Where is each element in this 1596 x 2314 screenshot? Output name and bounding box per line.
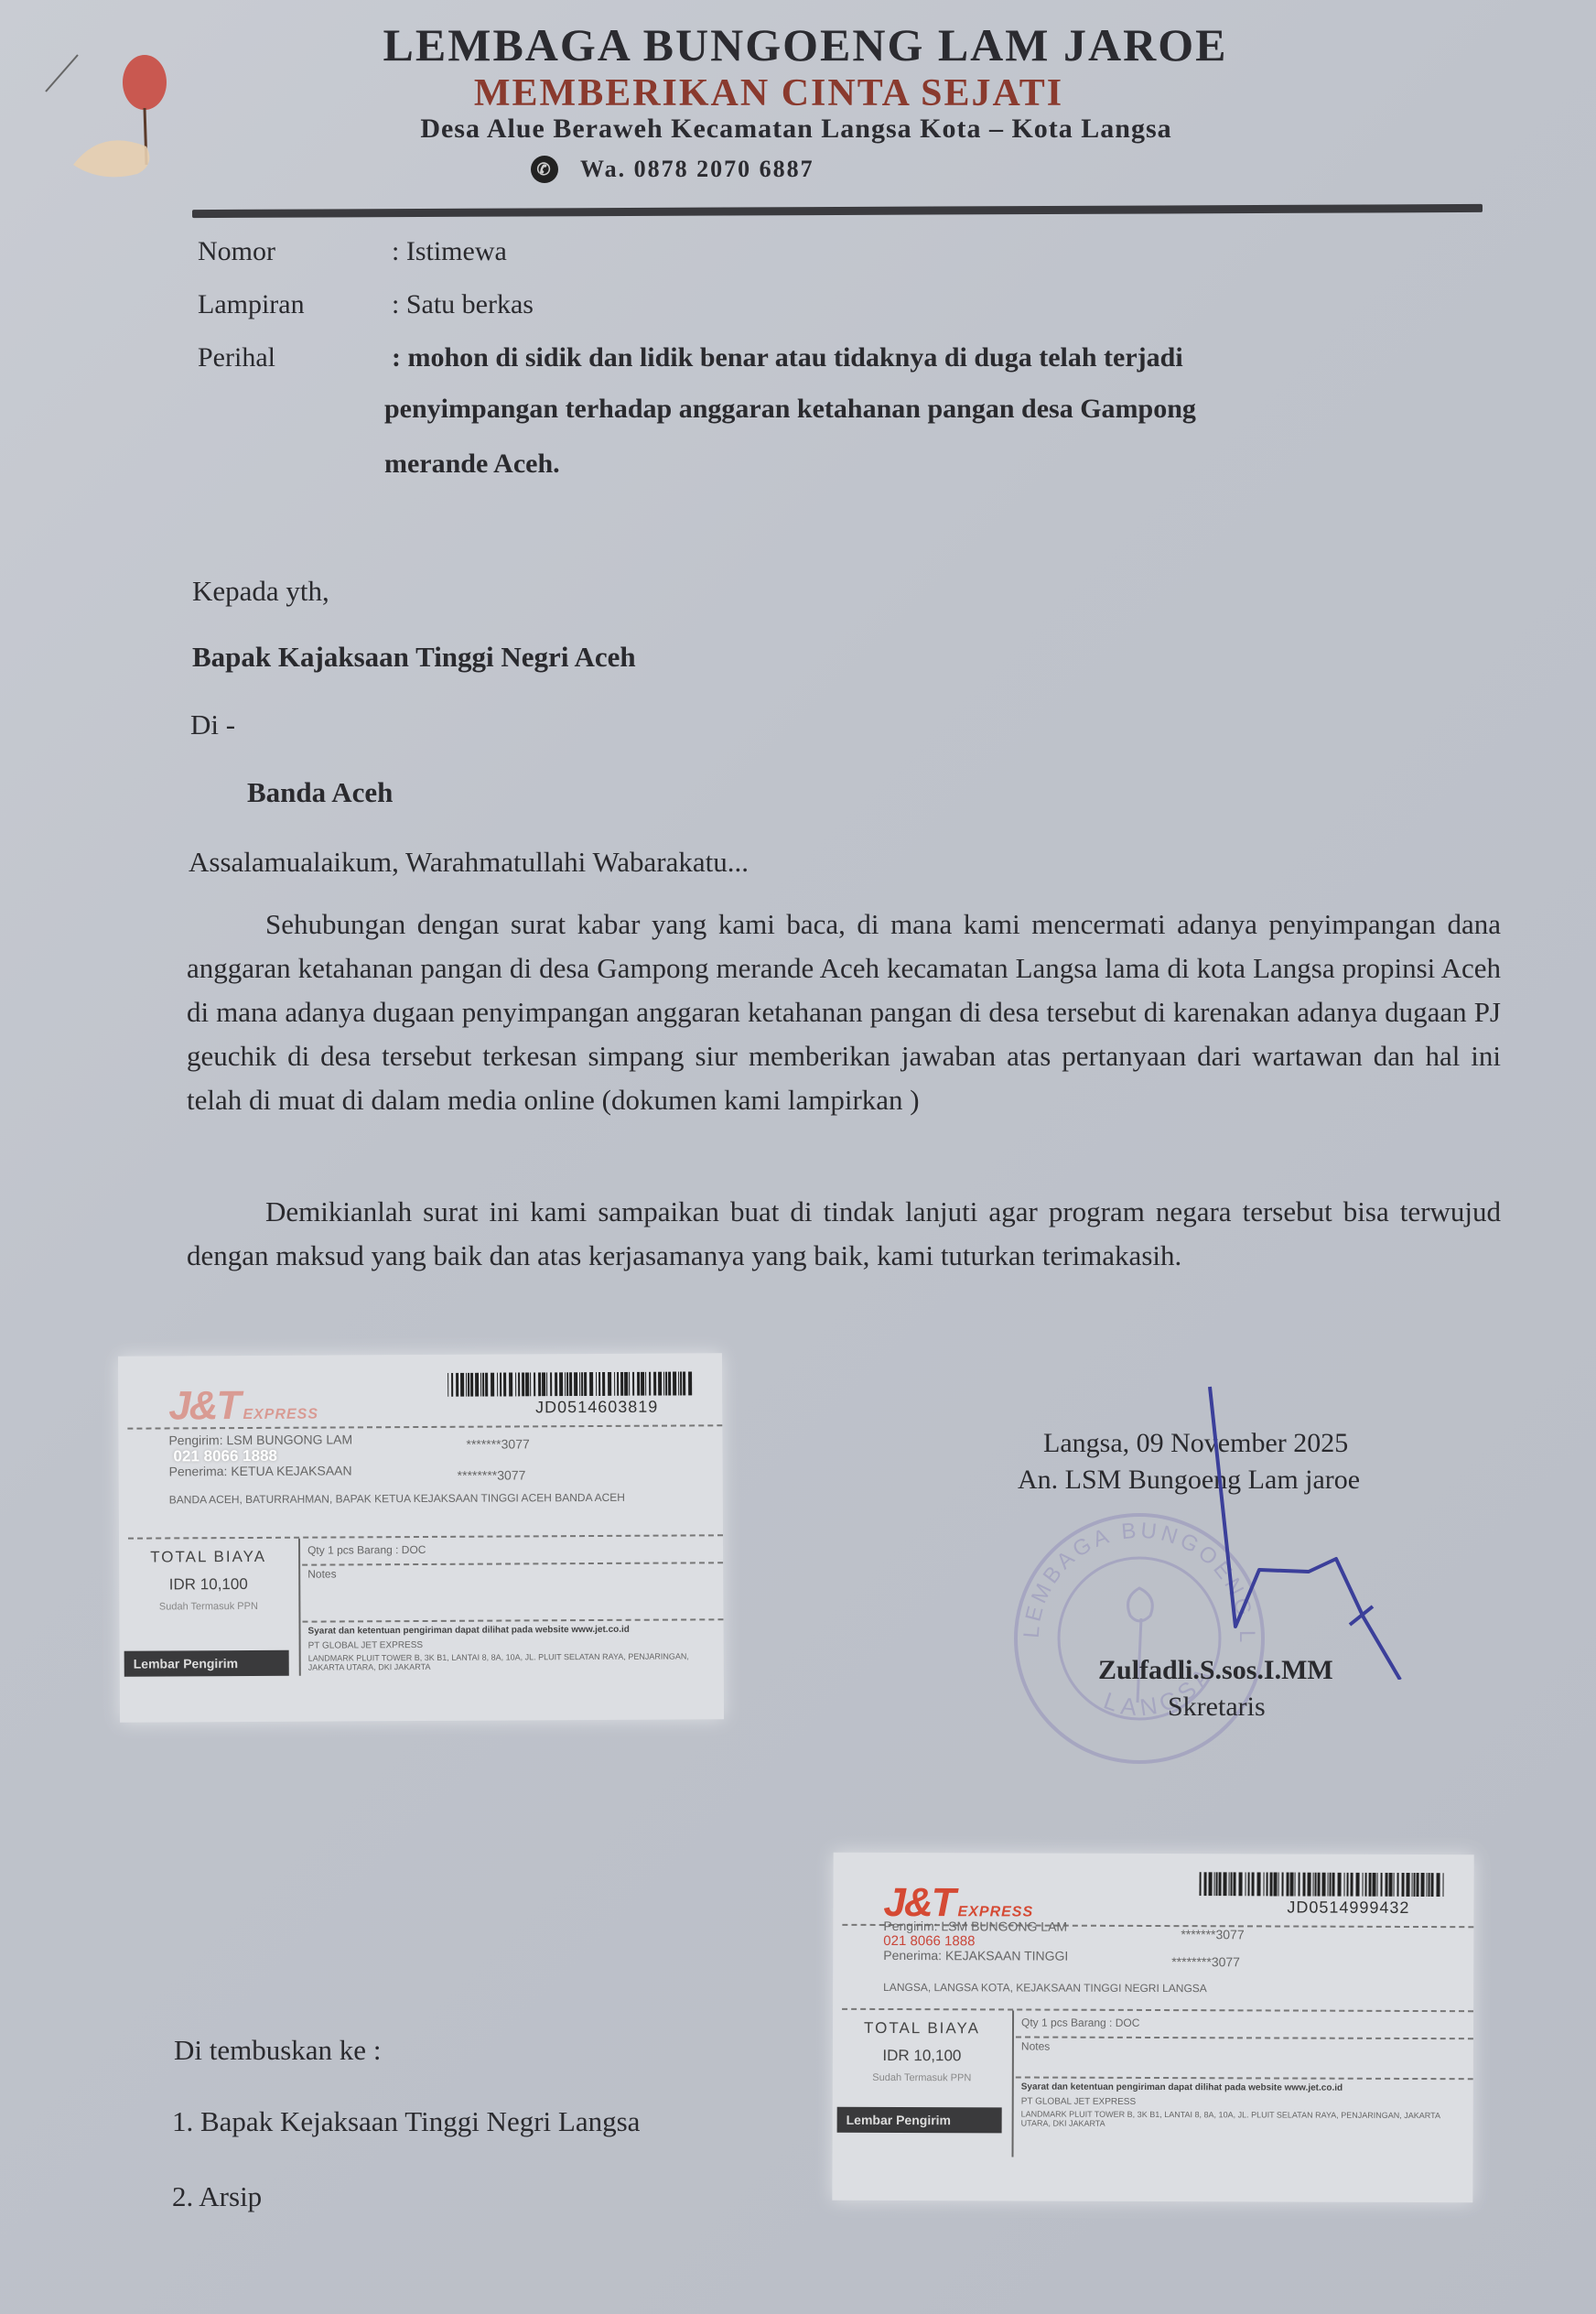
shipping-receipt-2: J&TEXPRESS JD0514999432 Pengirim: LSM BU… — [832, 1853, 1473, 2202]
organization-tagline: MEMBERIKAN CINTA SEJATI — [256, 71, 1281, 115]
company: PT GLOBAL JET EXPRESS — [1021, 2096, 1136, 2106]
sender-phone-masked: *******3077 — [466, 1436, 529, 1451]
qty-line: Qty 1 pcs Barang : DOC — [307, 1543, 426, 1557]
courier-phone: 021 8066 1888 — [883, 1933, 975, 1949]
receiver: Penerima: KETUA KEJAKSAAN — [169, 1463, 352, 1478]
receiver-phone-masked: ********3077 — [458, 1467, 526, 1482]
company: PT GLOBAL JET EXPRESS — [308, 1640, 423, 1651]
notes-label: Notes — [307, 1567, 336, 1580]
letter-page: LEMBAGA BUNGOENG LAM JAROE MEMBERIKAN CI… — [0, 0, 1596, 2314]
greeting: Assalamualaikum, Warahmatullahi Wabaraka… — [189, 846, 749, 879]
rose-logo-icon — [37, 37, 192, 183]
sender-phone-masked: *******3077 — [1181, 1927, 1244, 1941]
meta-label: Perihal — [198, 342, 392, 373]
meta-value: : Satu berkas — [392, 289, 534, 319]
courier-logo: J&TEXPRESS — [168, 1383, 318, 1430]
terms: Syarat dan ketentuan pengiriman dapat di… — [308, 1625, 630, 1637]
signer-role: Skretaris — [1168, 1692, 1266, 1723]
total-cost: TOTAL BIAYA IDR 10,100 Sudah Termasuk PP… — [842, 2019, 1002, 2084]
barcode-icon — [448, 1371, 695, 1396]
receiver-address: BANDA ACEH, BATURRAHMAN, BAPAK KETUA KEJ… — [169, 1491, 682, 1507]
whatsapp-icon: ✆ — [531, 156, 558, 183]
cc-title: Di tembuskan ke : — [174, 2034, 381, 2067]
recipient-city: Banda Aceh — [247, 776, 393, 809]
contact-number: Wa. 0878 2070 6887 — [580, 156, 814, 183]
meta-value: : mohon di sidik dan lidik benar atau ti… — [392, 342, 1183, 373]
meta-nomor: Nomor: Istimewa — [198, 236, 507, 267]
receiver: Penerima: KEJAKSAAN TINGGI — [883, 1948, 1068, 1963]
recipient-di: Di - — [190, 708, 235, 741]
organization-name: LEMBAGA BUNGOENG LAM JAROE — [256, 18, 1354, 71]
receiver-phone-masked: ********3077 — [1171, 1954, 1240, 1969]
salutation: Kepada yth, — [192, 575, 329, 608]
organization-contact: ✆ Wa. 0878 2070 6887 — [531, 156, 814, 183]
organization-address: Desa Alue Beraweh Kecamatan Langsa Kota … — [201, 114, 1391, 145]
shipping-receipt-1: J&TEXPRESS JD0514603819 Pengirim: LSM BU… — [118, 1353, 724, 1722]
cc-item: 2. Arsip — [172, 2180, 262, 2213]
tracking-number: JD0514999432 — [1287, 1898, 1409, 1918]
tracking-number: JD0514603819 — [535, 1398, 658, 1418]
meta-label: Lampiran — [198, 289, 392, 320]
meta-lampiran: Lampiran: Satu berkas — [198, 289, 534, 320]
company-address: LANDMARK PLUIT TOWER B, 3K B1, LANTAI 8,… — [1021, 2109, 1442, 2129]
sender: Pengirim: LSM BUNGONG LAM — [883, 1919, 1067, 1934]
signer-name: Zulfadli.S.sos.I.MM — [1098, 1655, 1333, 1686]
meta-value: : Istimewa — [392, 236, 507, 266]
body-paragraph-1: Sehubungan dengan surat kabar yang kami … — [187, 903, 1501, 1122]
recipient-name: Bapak Kajaksaan Tinggi Negri Aceh — [192, 641, 636, 674]
perihal-line-3: merande Aceh. — [384, 449, 560, 480]
total-cost: TOTAL BIAYA IDR 10,100 Sudah Termasuk PP… — [128, 1548, 288, 1613]
terms: Syarat dan ketentuan pengiriman dapat di… — [1021, 2082, 1343, 2092]
stub-label: Lembar Pengirim — [837, 2107, 1002, 2134]
receiver-address: LANGSA, LANGSA KOTA, KEJAKSAAN TINGGI NE… — [883, 1981, 1207, 1995]
sender: Pengirim: LSM BUNGONG LAM — [168, 1432, 352, 1447]
meta-label: Nomor — [198, 236, 392, 267]
letterhead-divider — [192, 204, 1483, 218]
notes-label: Notes — [1021, 2039, 1050, 2052]
meta-perihal: Perihal: mohon di sidik dan lidik benar … — [198, 342, 1183, 373]
company-address: LANDMARK PLUIT TOWER B, 3K B1, LANTAI 8,… — [308, 1651, 720, 1671]
perihal-line-2: penyimpangan terhadap anggaran ketahanan… — [384, 394, 1196, 425]
qty-line: Qty 1 pcs Barang : DOC — [1021, 2016, 1139, 2028]
stub-label: Lembar Pengirim — [124, 1650, 289, 1677]
barcode-icon — [1200, 1872, 1447, 1897]
cc-item: 1. Bapak Kejaksaan Tinggi Negri Langsa — [172, 2105, 640, 2138]
handwritten-signature — [1171, 1378, 1409, 1680]
body-paragraph-2: Demikianlah surat ini kami sampaikan bua… — [187, 1190, 1501, 1278]
